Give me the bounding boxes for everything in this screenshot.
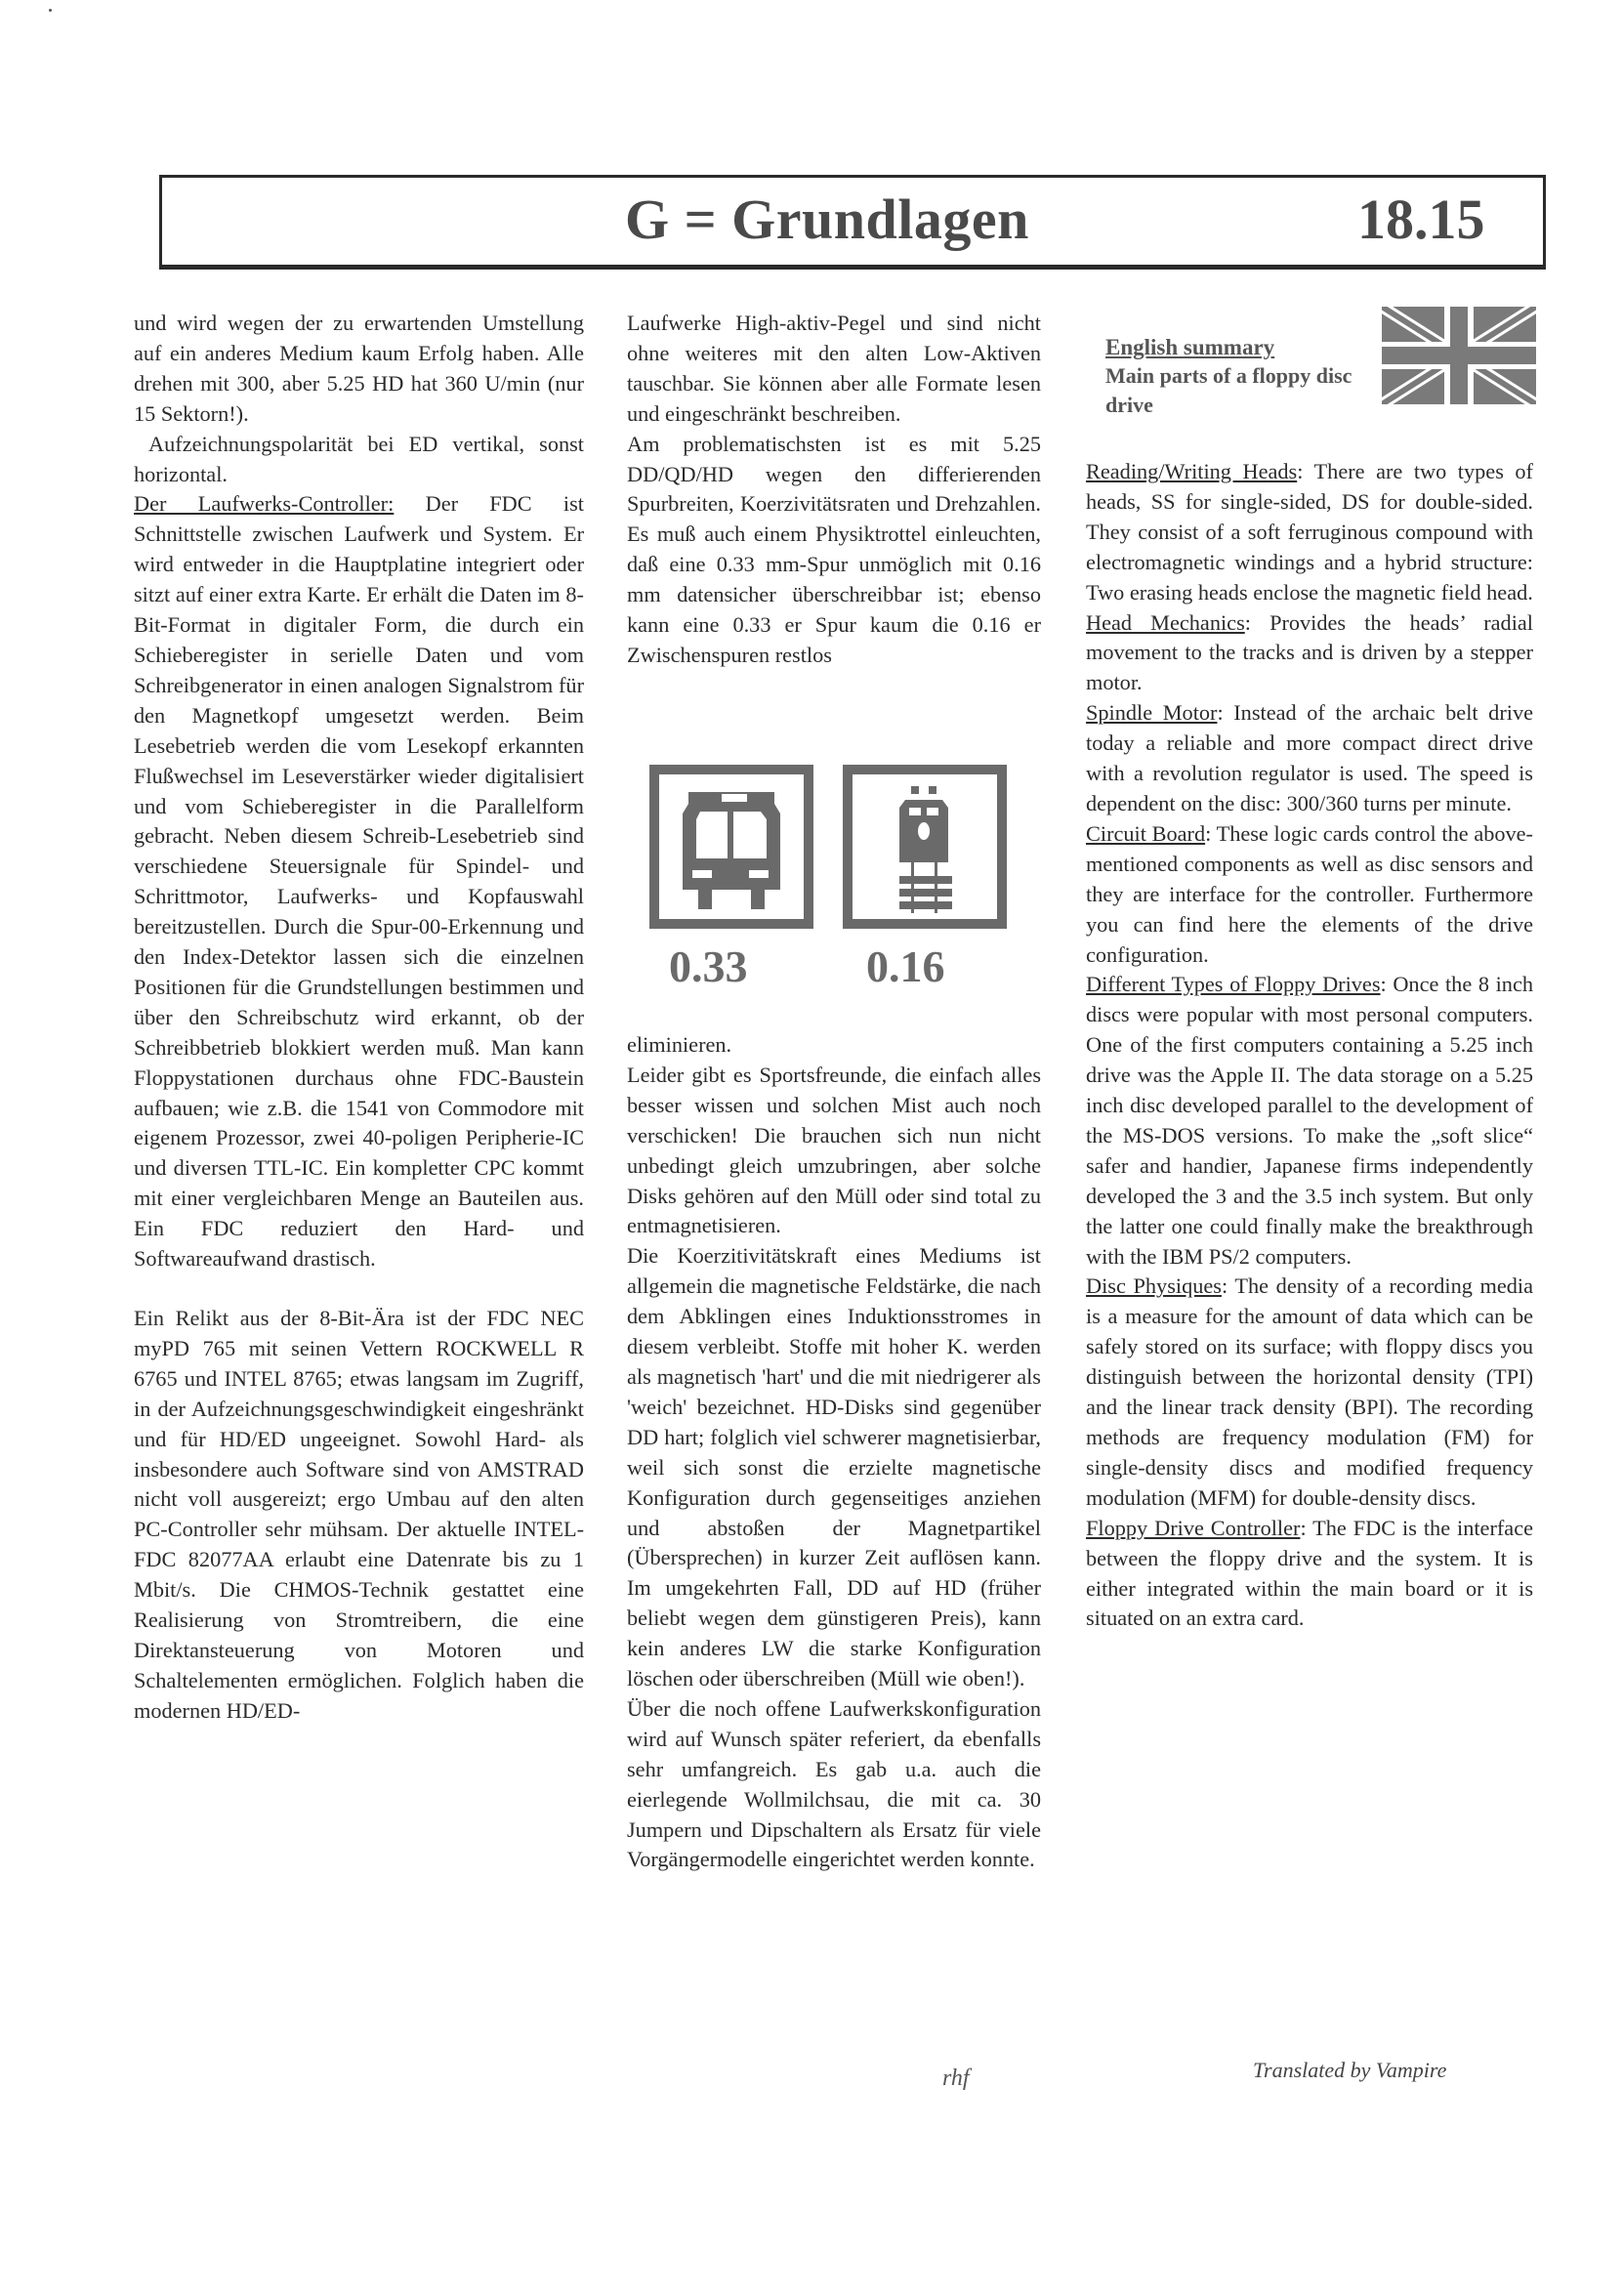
paragraph: Aufzeichnungspolarität bei ED vertikal, … (134, 430, 584, 490)
summary-title: English summary (1105, 334, 1359, 361)
section-heading: Head Mechanics (1086, 610, 1245, 635)
bus-icon (659, 774, 804, 919)
paragraph: Der Laufwerks-Controller: Der FDC ist Sc… (134, 489, 584, 1274)
section-heading: Floppy Drive Controller (1086, 1516, 1300, 1540)
paragraph: Ein Relikt aus der 8-Bit-Ära ist der FDC… (134, 1304, 584, 1727)
paragraph: Laufwerke High-aktiv-Pegel und sind nich… (627, 309, 1041, 430)
section-heading: Spindle Motor (1086, 700, 1217, 725)
summary-section: Different Types of Floppy Drives: Once t… (1086, 970, 1533, 1272)
right-column: Reading/Writing Heads: There are two typ… (1086, 457, 1533, 1634)
left-column: und wird wegen der zu erwartenden Umstel… (134, 309, 584, 1727)
section-title: G = Grundlagen (625, 187, 1029, 252)
author-signature: rhf (942, 2066, 970, 2092)
tram-sign (843, 765, 1007, 929)
summary-section: Floppy Drive Controller: The FDC is the … (1086, 1514, 1533, 1635)
paragraph: und wird wegen der zu erwartenden Umstel… (134, 309, 584, 430)
section-body: : The density of a recording media is a … (1086, 1273, 1533, 1509)
section-heading: Different Types of Floppy Drives (1086, 972, 1381, 996)
paragraph: Über die noch offene Laufwerkskonfigurat… (627, 1694, 1041, 1875)
summary-section: Circuit Board: These logic cards control… (1086, 819, 1533, 971)
english-summary-header: English summary Main parts of a floppy d… (1105, 334, 1359, 420)
middle-column-bottom: eliminieren. Leider gibt es Sportsfreund… (627, 1030, 1041, 1875)
bus-sign (649, 765, 813, 929)
summary-section: Spindle Motor: Instead of the archaic be… (1086, 698, 1533, 819)
section-heading: Disc Physiques (1086, 1273, 1222, 1298)
tram-track-label: 0.16 (866, 940, 945, 992)
section-heading: Reading/Writing Heads (1086, 459, 1297, 483)
section-heading: Circuit Board (1086, 821, 1205, 846)
paragraph-heading: Der Laufwerks-Controller: (134, 491, 394, 516)
summary-section: Head Mechanics: Provides the heads’ radi… (1086, 608, 1533, 699)
paragraph: Leider gibt es Sportsfreunde, die einfac… (627, 1061, 1041, 1241)
translator-credit: Translated by Vampire (1253, 2058, 1446, 2083)
scan-speck (49, 9, 52, 12)
paragraph: eliminieren. (627, 1030, 1041, 1061)
page-number: 18.15 (1357, 187, 1485, 252)
bus-track-label: 0.33 (669, 940, 748, 992)
middle-column-top: Laufwerke High-aktiv-Pegel und sind nich… (627, 309, 1041, 671)
paragraph: Die Koerzitivitätskraft eines Mediums is… (627, 1241, 1041, 1694)
paragraph: Am problematischsten ist es mit 5.25 DD/… (627, 430, 1041, 671)
paragraph-body: Der FDC ist Schnittstelle zwischen Laufw… (134, 491, 584, 1271)
tram-icon (853, 774, 997, 919)
section-body: : Once the 8 inch discs were popular wit… (1086, 972, 1533, 1268)
summary-section: Disc Physiques: The density of a recordi… (1086, 1272, 1533, 1513)
summary-subtitle: Main parts of a floppy disc drive (1105, 361, 1359, 420)
track-width-figure: 0.33 0.16 (649, 765, 1030, 999)
summary-section: Reading/Writing Heads: There are two typ… (1086, 457, 1533, 608)
union-jack-flag-icon (1382, 307, 1536, 404)
